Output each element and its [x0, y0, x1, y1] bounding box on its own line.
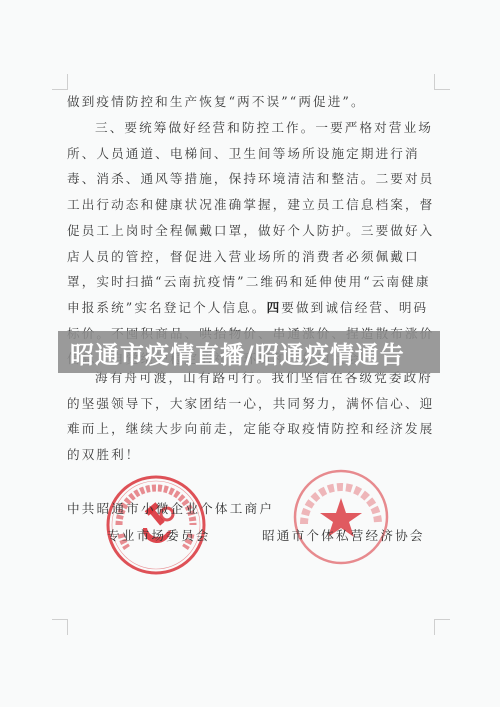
signatory-left-line2: 专业市场委员会 [107, 525, 211, 544]
star-seal-icon [292, 468, 390, 566]
paragraph-intro: 做到疫情防控和生产恢复“两不误”“两促进”。 [67, 89, 439, 115]
title-banner: 昭通市疫情直播/昭通疫情通告 [58, 331, 440, 373]
margin-corner-top-left [52, 74, 68, 90]
document-page: 做到疫情防控和生产恢复“两不误”“两促进”。 三、要统筹做好经营和防控工作。一要… [0, 0, 500, 707]
paragraph-closing: 海有舟可渡，山有路可行。我们坚信在各级党委政府的坚强领导下，大家团结一心，共同努… [67, 365, 439, 468]
signatory-right: 昭通市个体私营经济协会 [262, 525, 425, 544]
private-economy-association-seal [292, 468, 390, 566]
margin-corner-bottom-right [434, 619, 450, 635]
margin-corner-bottom-left [52, 619, 68, 635]
banner-title: 昭通市疫情直播/昭通疫情通告 [70, 335, 405, 370]
paragraph-section-three-text: 三、要统筹做好经营和防控工作。一要严格对营业场所、人员通道、电梯间、卫生间等场所… [67, 120, 434, 315]
margin-corner-top-right [434, 74, 450, 90]
signatory-left-line1: 中共昭通市小微企业个体工商户 [67, 498, 274, 517]
paragraph-bold-marker: 四 [267, 300, 282, 315]
